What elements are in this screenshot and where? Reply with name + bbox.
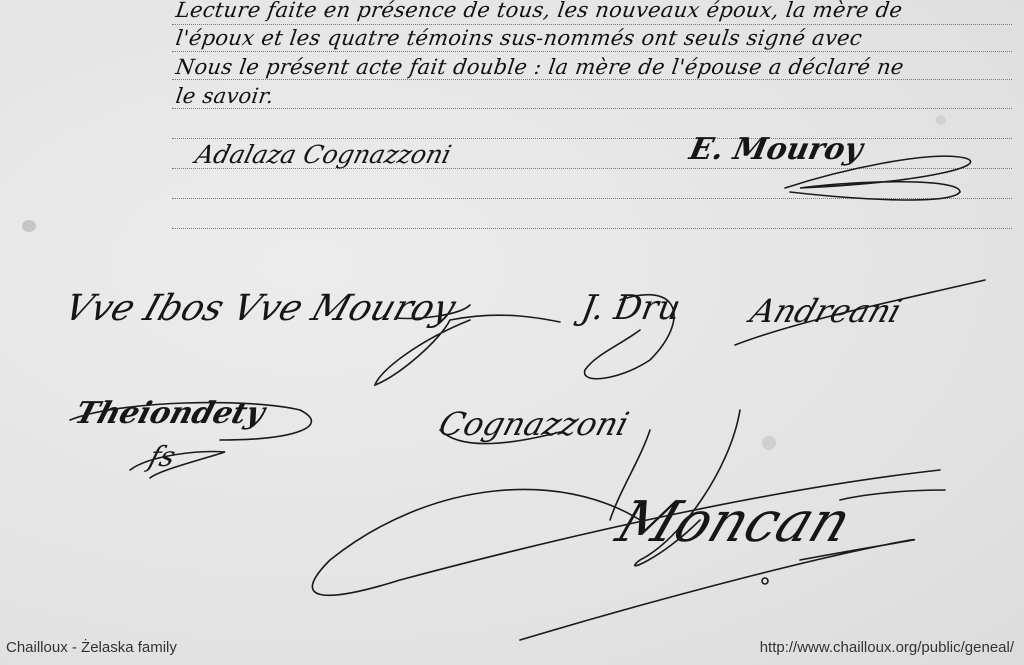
- ruled-line: [172, 51, 1012, 52]
- signature-groom: E. Mouroy: [686, 132, 865, 167]
- ink-speck: [762, 436, 776, 450]
- signature-witness-3-initial: fs: [145, 440, 179, 473]
- ruled-line: [172, 108, 1012, 109]
- signature-mother-of-groom: Vve Ibos Vve Mouroy: [59, 288, 460, 329]
- ruled-line: [172, 138, 1012, 139]
- ink-speck: [936, 115, 946, 125]
- signature-flourishes: [0, 0, 1024, 665]
- signature-witness-3: Theiondety: [71, 396, 269, 431]
- ruled-line: [172, 24, 1012, 25]
- signature-officiant: Moncan: [608, 490, 860, 555]
- ink-speck: [22, 220, 36, 232]
- scanned-document-page: Lecture faite en présence de tous, les n…: [0, 0, 1024, 665]
- signature-witness-1: J. Dru: [578, 288, 683, 328]
- signature-bride: Adalaza Cognazzoni: [192, 140, 454, 169]
- record-text-line-1: Lecture faite en présence de tous, les n…: [174, 0, 904, 22]
- signature-witness-2: Andreani: [746, 292, 907, 330]
- ruled-line: [172, 198, 1012, 199]
- record-text-line-3: Nous le présent acte fait double : la mè…: [174, 55, 905, 79]
- footer-website-url: http://www.chailloux.org/public/geneal/: [760, 639, 1014, 656]
- record-text-line-4: le savoir.: [174, 84, 275, 108]
- ruled-line: [172, 228, 1012, 229]
- footer-family-credit: Chailloux - Żelaska family: [6, 639, 177, 656]
- signature-witness-4: Cognazzoni: [435, 405, 634, 443]
- ruled-line: [172, 79, 1012, 80]
- record-text-line-2: l'époux et les quatre témoins sus-nommés…: [174, 26, 863, 50]
